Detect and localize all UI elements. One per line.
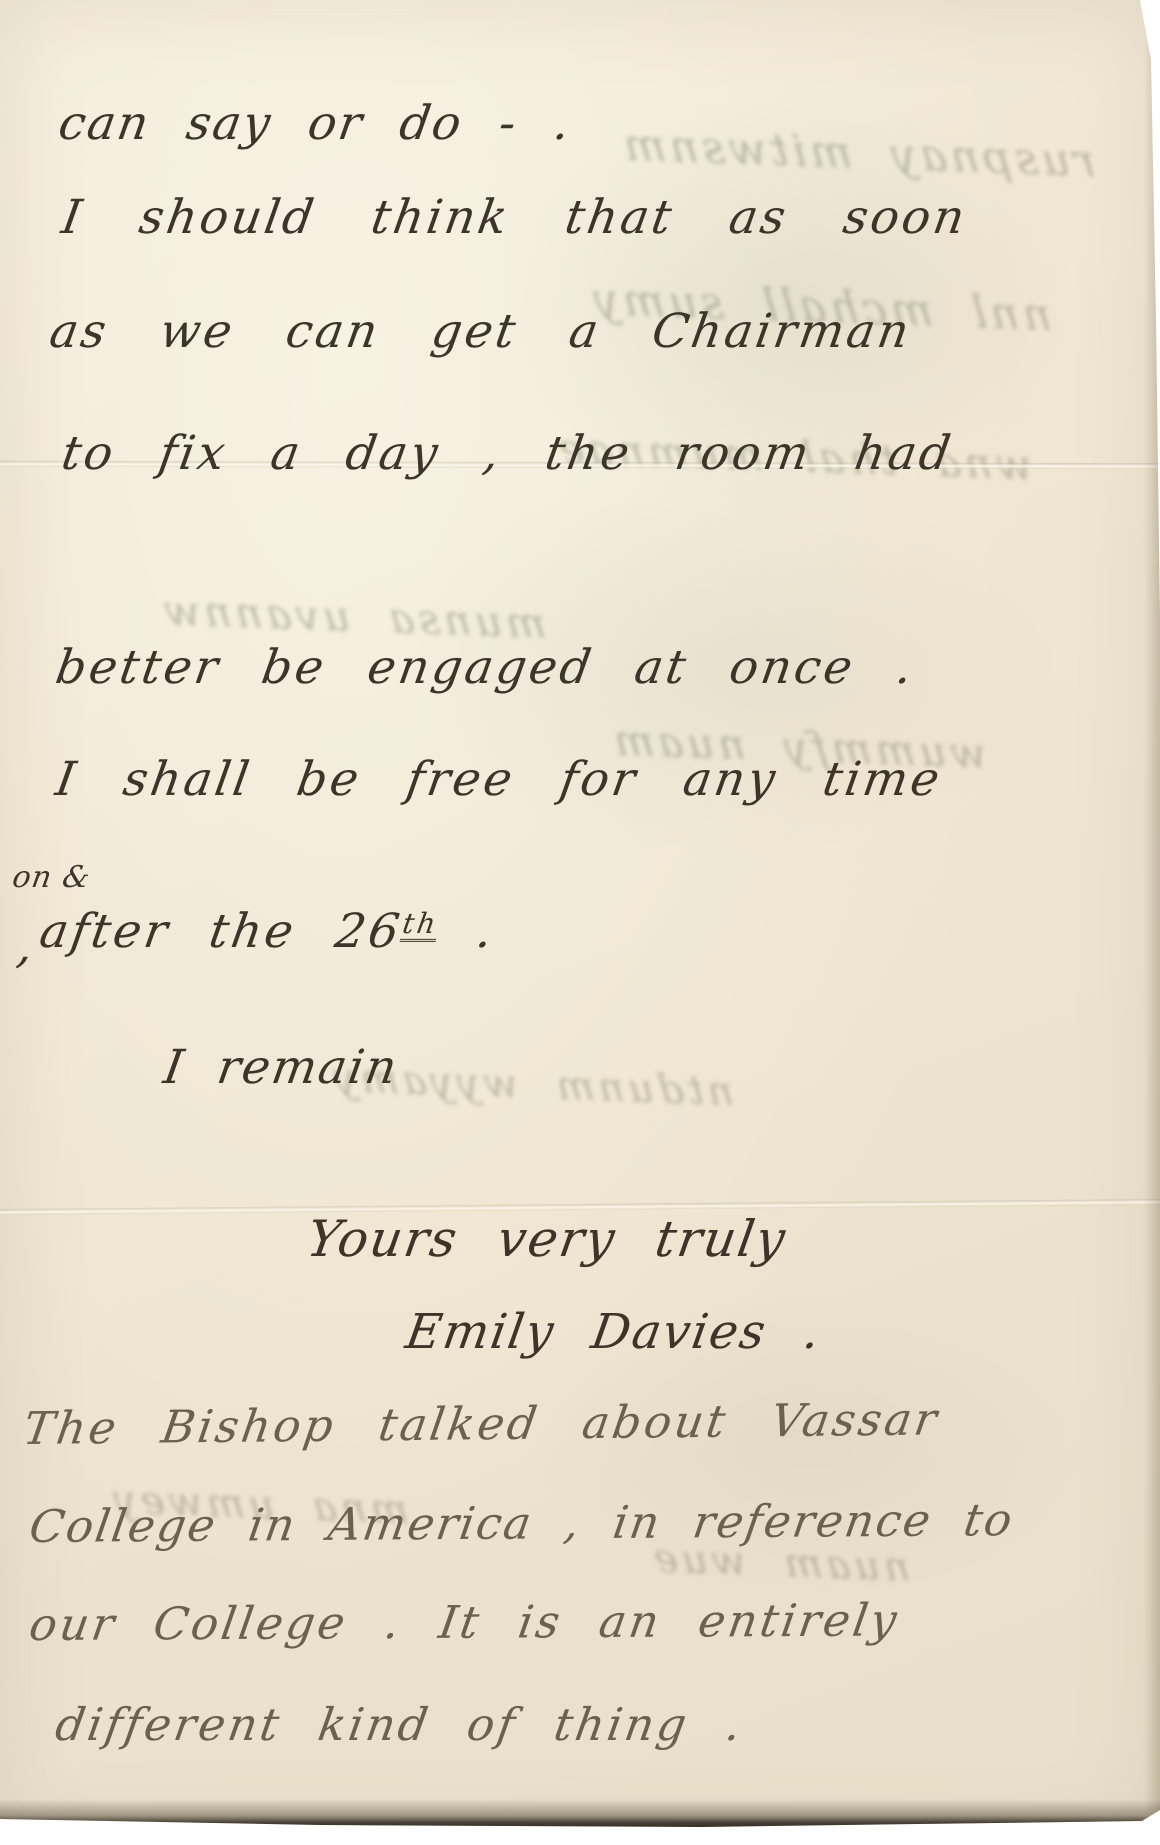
signature: Emily Davies . (402, 1304, 826, 1360)
closing-line: Yours very truly (303, 1210, 791, 1268)
postscript-line: our College . It is an entirely (26, 1593, 903, 1651)
letter-scan: { "document": { "kind": "handwritten let… (0, 0, 1160, 1845)
paper-edge-shadow (1144, 0, 1160, 1815)
handwritten-line: as we can get a Chairman (46, 304, 916, 359)
postscript-line: College in America , in reference to (26, 1493, 1018, 1553)
paper-edge-shadow (0, 1799, 1160, 1829)
date-text: after the 26 (36, 904, 406, 959)
handwritten-line: can say or do - . (55, 96, 576, 151)
paper-sheet: ruspnay mitwsnm nnl mchall sumy wna thal… (0, 0, 1160, 1845)
postscript-line: different kind of thing . (52, 1698, 748, 1751)
insertion-caret: , (14, 919, 41, 974)
date-period: . (433, 904, 500, 959)
postscript-line: The Bishop talked about Vassar (20, 1392, 943, 1455)
ink-bleedthrough: munsa uvannw (158, 585, 549, 648)
handwritten-line: I should think that as soon (58, 190, 971, 245)
handwritten-line: I shall be free for any time (52, 752, 946, 807)
handwritten-line: ,after the 26th . (16, 904, 499, 959)
handwritten-line: better be engaged at once . (52, 640, 919, 695)
handwritten-line: to fix a day , the room had (58, 426, 957, 481)
interlinear-insertion: on & (10, 860, 93, 895)
ink-bleedthrough: ruspnay mitwsnm (617, 120, 1097, 188)
ordinal-suffix: th (400, 910, 441, 942)
closing-line: I remain (160, 1040, 402, 1095)
